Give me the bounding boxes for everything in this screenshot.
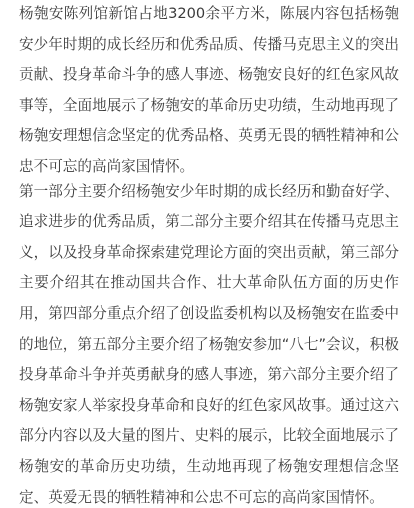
article-body: 杨匏安陈列馆新馆占地3200余平方米，陈展内容包括杨匏安少年时期的成长经历和优秀… (19, 0, 399, 508)
paragraph-exhibition-sections: 第一部分主要介绍杨匏安少年时期的成长经历和勤奋好学、追求进步的优秀品质，第二部分… (19, 177, 399, 508)
paragraph-exhibition-overview: 杨匏安陈列馆新馆占地3200余平方米，陈展内容包括杨匏安少年时期的成长经历和优秀… (19, 0, 399, 183)
